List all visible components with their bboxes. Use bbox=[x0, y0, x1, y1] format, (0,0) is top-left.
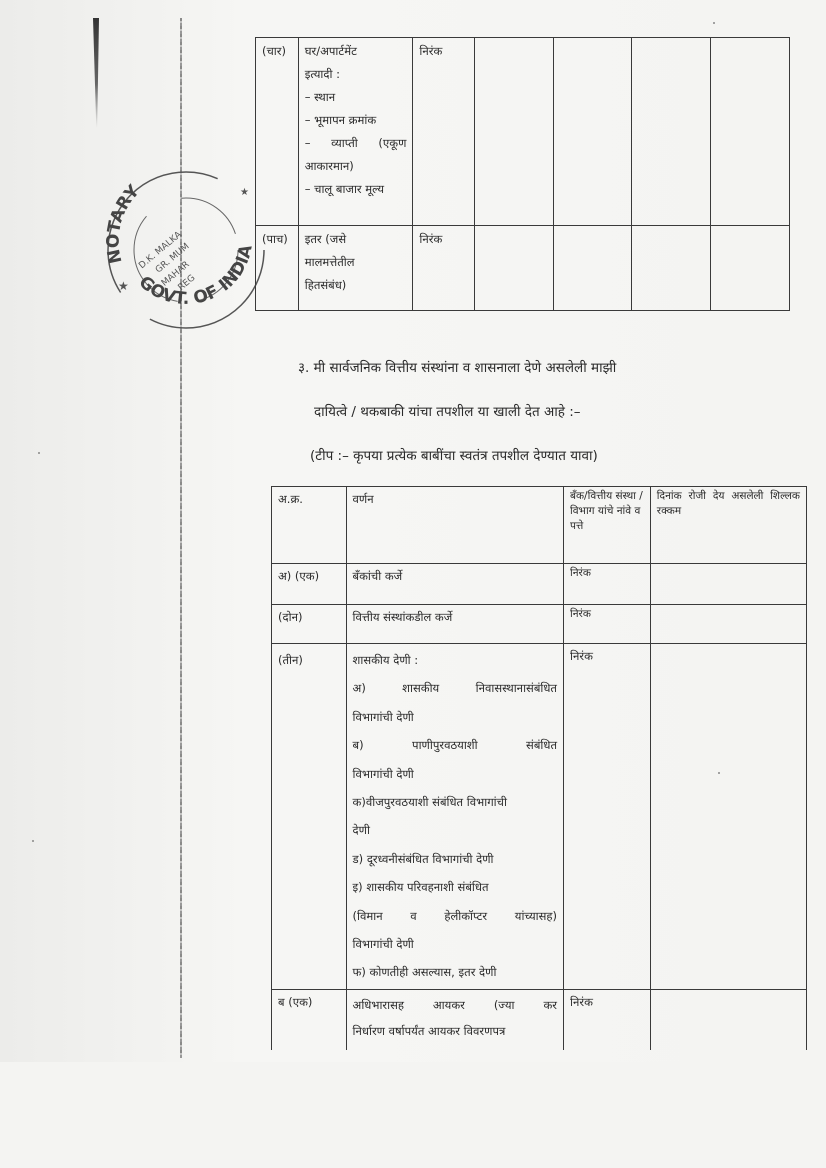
section-3-note: (टीप :– कृपया प्रत्येक बाबींचा स्वतंत्र … bbox=[310, 446, 598, 464]
empty-cell bbox=[711, 38, 790, 226]
row-bank: निरंक bbox=[564, 564, 651, 605]
scan-speck bbox=[38, 452, 40, 454]
scan-speck bbox=[32, 840, 34, 842]
empty-cell bbox=[474, 226, 553, 311]
row-amount bbox=[650, 605, 806, 644]
scan-speck bbox=[718, 772, 720, 774]
table-header-row: अ.क्र. वर्णन बँक/वित्तीय संस्था /विभाग य… bbox=[272, 487, 807, 564]
assets-table: (चार) घर/अपार्टमेंट इत्यादी : – स्थान – … bbox=[255, 37, 790, 311]
row-description: इतर (जसे मालमत्तेतील हितसंबंध) bbox=[298, 226, 413, 311]
row-index: अ) (एक) bbox=[272, 564, 347, 605]
header-serial: अ.क्र. bbox=[272, 487, 347, 564]
row-index: (पाच) bbox=[256, 226, 299, 311]
row-bank: निरंक bbox=[564, 989, 651, 1050]
row-index: ब (एक) bbox=[272, 989, 347, 1050]
header-bank: बँक/वित्तीय संस्था /विभाग यांचे नांवे व … bbox=[564, 487, 651, 564]
table-row: (चार) घर/अपार्टमेंट इत्यादी : – स्थान – … bbox=[256, 38, 790, 226]
scan-speck bbox=[713, 22, 715, 24]
stamp-top-text: NOTARY bbox=[104, 181, 145, 265]
table-row: (पाच) इतर (जसे मालमत्तेतील हितसंबंध) निर… bbox=[256, 226, 790, 311]
row-index: (दोन) bbox=[272, 605, 347, 644]
section-3-line-1: ३. मी सार्वजनिक वित्तीय संस्थांना व शासन… bbox=[298, 358, 616, 376]
row-description: बँकांची कर्जे bbox=[346, 564, 563, 605]
header-description: वर्णन bbox=[346, 487, 563, 564]
table-row: (दोन) वित्तीय संस्थांकडील कर्जे निरंक bbox=[272, 605, 807, 644]
empty-cell bbox=[632, 226, 711, 311]
row-amount bbox=[650, 644, 806, 990]
empty-cell bbox=[711, 226, 790, 311]
empty-cell bbox=[474, 38, 553, 226]
empty-cell bbox=[553, 38, 632, 226]
row-description: अधिभारासह आयकर (ज्या कर निर्धारण वर्षापर… bbox=[346, 989, 563, 1050]
empty-cell bbox=[553, 226, 632, 311]
row-description: शासकीय देणी : अ) शासकीय निवासस्थानासंबंध… bbox=[346, 644, 563, 990]
header-amount: दिनांक रोजी देय असलेली शिल्लक रक्कम bbox=[650, 487, 806, 564]
row-index: (तीन) bbox=[272, 644, 347, 990]
row-amount bbox=[650, 989, 806, 1050]
row-value: निरंक bbox=[413, 38, 474, 226]
svg-text:★: ★ bbox=[118, 279, 129, 293]
page-bottom-margin bbox=[0, 1062, 826, 1168]
liabilities-table: अ.क्र. वर्णन बँक/वित्तीय संस्था /विभाग य… bbox=[271, 486, 807, 1050]
row-value: निरंक bbox=[413, 226, 474, 311]
row-description: घर/अपार्टमेंट इत्यादी : – स्थान – भूमापन… bbox=[298, 38, 413, 226]
section-3-line-2: दायित्वे / थकबाकी यांचा तपशील या खाली दे… bbox=[314, 402, 581, 420]
notary-stamp: NOTARY GOVT. OF INDIA D.K. MALKA GR. MUM… bbox=[100, 150, 272, 330]
table-row: अ) (एक) बँकांची कर्जे निरंक bbox=[272, 564, 807, 605]
row-bank: निरंक bbox=[564, 605, 651, 644]
row-amount bbox=[650, 564, 806, 605]
table-row: (तीन) शासकीय देणी : अ) शासकीय निवासस्थान… bbox=[272, 644, 807, 990]
row-index: (चार) bbox=[256, 38, 299, 226]
svg-text:★: ★ bbox=[240, 187, 249, 198]
row-description: वित्तीय संस्थांकडील कर्जे bbox=[346, 605, 563, 644]
empty-cell bbox=[632, 38, 711, 226]
row-bank: निरंक bbox=[564, 644, 651, 990]
table-row: ब (एक) अधिभारासह आयकर (ज्या कर निर्धारण … bbox=[272, 989, 807, 1050]
